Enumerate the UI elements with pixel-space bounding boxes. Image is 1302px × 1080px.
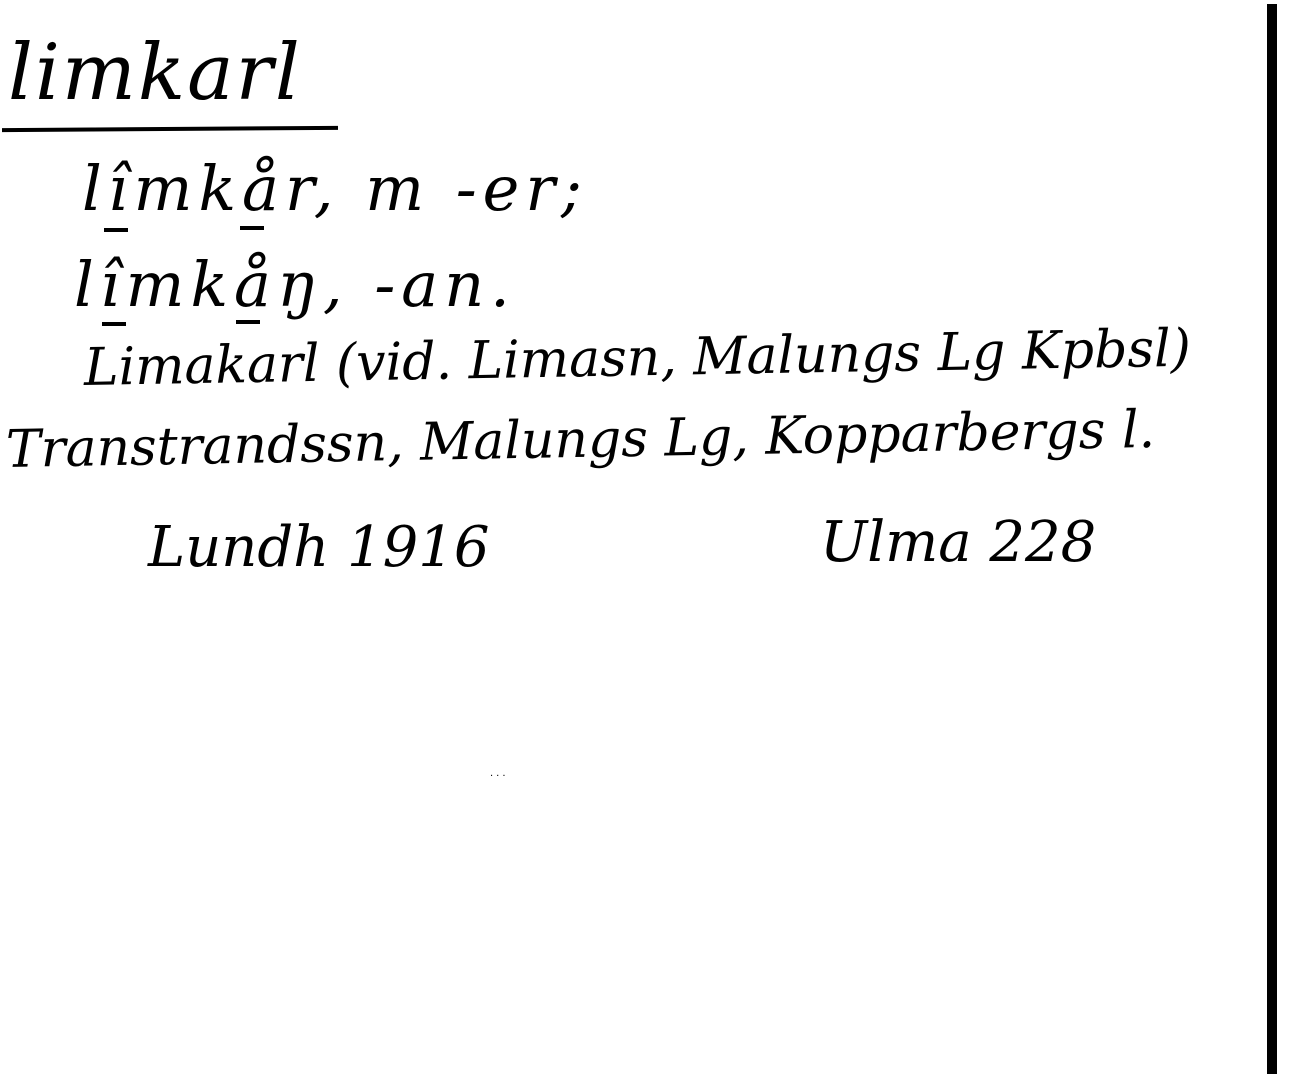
headword: limkarl (8, 28, 302, 118)
collector-and-year: Lundh 1916 (148, 515, 490, 580)
phonetic-form-2: lîmkåŋ, -an. (74, 248, 516, 321)
macron-mark (240, 226, 264, 230)
macron-mark (102, 322, 126, 326)
variant-form: Limakarl (vid. Limasn, Malungs Lg Kpbsl) (83, 319, 1191, 398)
location-line: Transtrandssn, Malungs Lg, Kopparbergs l… (5, 400, 1155, 480)
index-card: limkarl lîmkår, m -er; lîmkåŋ, -an. Lima… (0, 0, 1302, 1080)
card-right-edge-line (1267, 4, 1277, 1074)
macron-mark (236, 320, 260, 324)
macron-mark (104, 228, 128, 232)
headword-underline (2, 126, 338, 132)
phonetic-form-1: lîmkår, m -er; (82, 152, 588, 225)
archive-reference: Ulma 228 (820, 510, 1096, 575)
stray-ink-marks: ... (490, 768, 509, 779)
